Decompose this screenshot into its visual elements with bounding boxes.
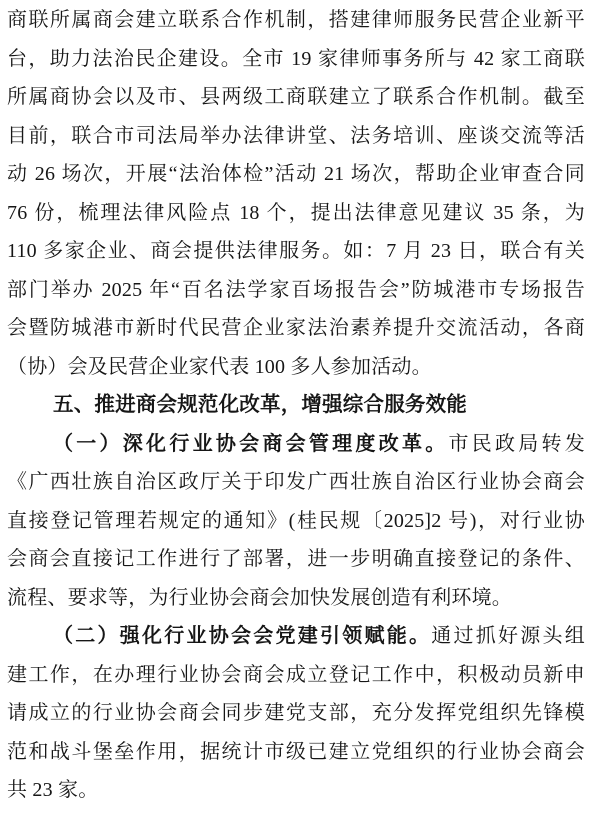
text-line: 所属商协会以及市、县两级工商联建立了联系合作机制。截至 xyxy=(7,78,585,117)
subsection-heading: （一）深化行业协会商会管理度改革。 xyxy=(53,433,448,455)
subsection-heading: （二）强化行业协会会党建引领赋能。 xyxy=(53,625,431,647)
paragraph-end-line: 流程、要求等，为行业协会商会加快发展创造有利环境。 xyxy=(7,579,585,618)
subsection-body-start: 市民政局转发 xyxy=(448,433,585,455)
text-line: 动 26 场次，开展“法治体检”活动 21 场次，帮助企业审查合同 xyxy=(7,155,585,194)
text-line: 目前，联合市司法局举办法律讲堂、法务培训、座谈交流等活 xyxy=(7,117,585,156)
section-heading: 五、推进商会规范化改革，增强综合服务效能 xyxy=(7,386,585,425)
text-line: 76 份，梳理法律风险点 18 个，提出法律意见建议 35 条，为 xyxy=(7,194,585,233)
text-line: 会商会直接记工作进行了部署，进一步明确直接登记的条件、 xyxy=(7,540,585,579)
text-line: 部门举办 2025 年“百名法学家百场报告会”防城港市专场报告 xyxy=(7,271,585,310)
text-line: 建工作，在办理行业协会商会成立登记工作中，积极动员新申 xyxy=(7,656,585,695)
text-line: 110 多家企业、商会提供法律服务。如：7 月 23 日，联合有关 xyxy=(7,232,585,271)
document-page: 商联所属商会建立联系合作机制，搭建律师服务民营企业新平 台，助力法治民企建设。全… xyxy=(0,0,591,817)
subsection-line: （二）强化行业协会会党建引领赋能。通过抓好源头组 xyxy=(7,617,585,656)
paragraph-end-line: （协）会及民营企业家代表 100 多人参加活动。 xyxy=(7,348,585,387)
text-line: 直接登记管理若规定的通知》(桂民规〔2025]2 号)，对行业协 xyxy=(7,502,585,541)
text-line: 台，助力法治民企建设。全市 19 家律师事务所与 42 家工商联 xyxy=(7,40,585,79)
paragraph-end-line: 共 23 家。 xyxy=(7,771,585,810)
text-line: 范和战斗堡垒作用，据统计市级已建立党组织的行业协会商会 xyxy=(7,733,585,772)
text-line: 请成立的行业协会商会同步建党支部，充分发挥党组织先锋模 xyxy=(7,694,585,733)
text-line: 商联所属商会建立联系合作机制，搭建律师服务民营企业新平 xyxy=(7,1,585,40)
subsection-line: （一）深化行业协会商会管理度改革。市民政局转发 xyxy=(7,425,585,464)
text-line: 会暨防城港市新时代民营企业家法治素养提升交流活动，各商 xyxy=(7,309,585,348)
text-line: 《广西壮族自治区政厅关于印发广西壮族自治区行业协会商会 xyxy=(7,463,585,502)
subsection-body-start: 通过抓好源头组 xyxy=(431,625,585,647)
